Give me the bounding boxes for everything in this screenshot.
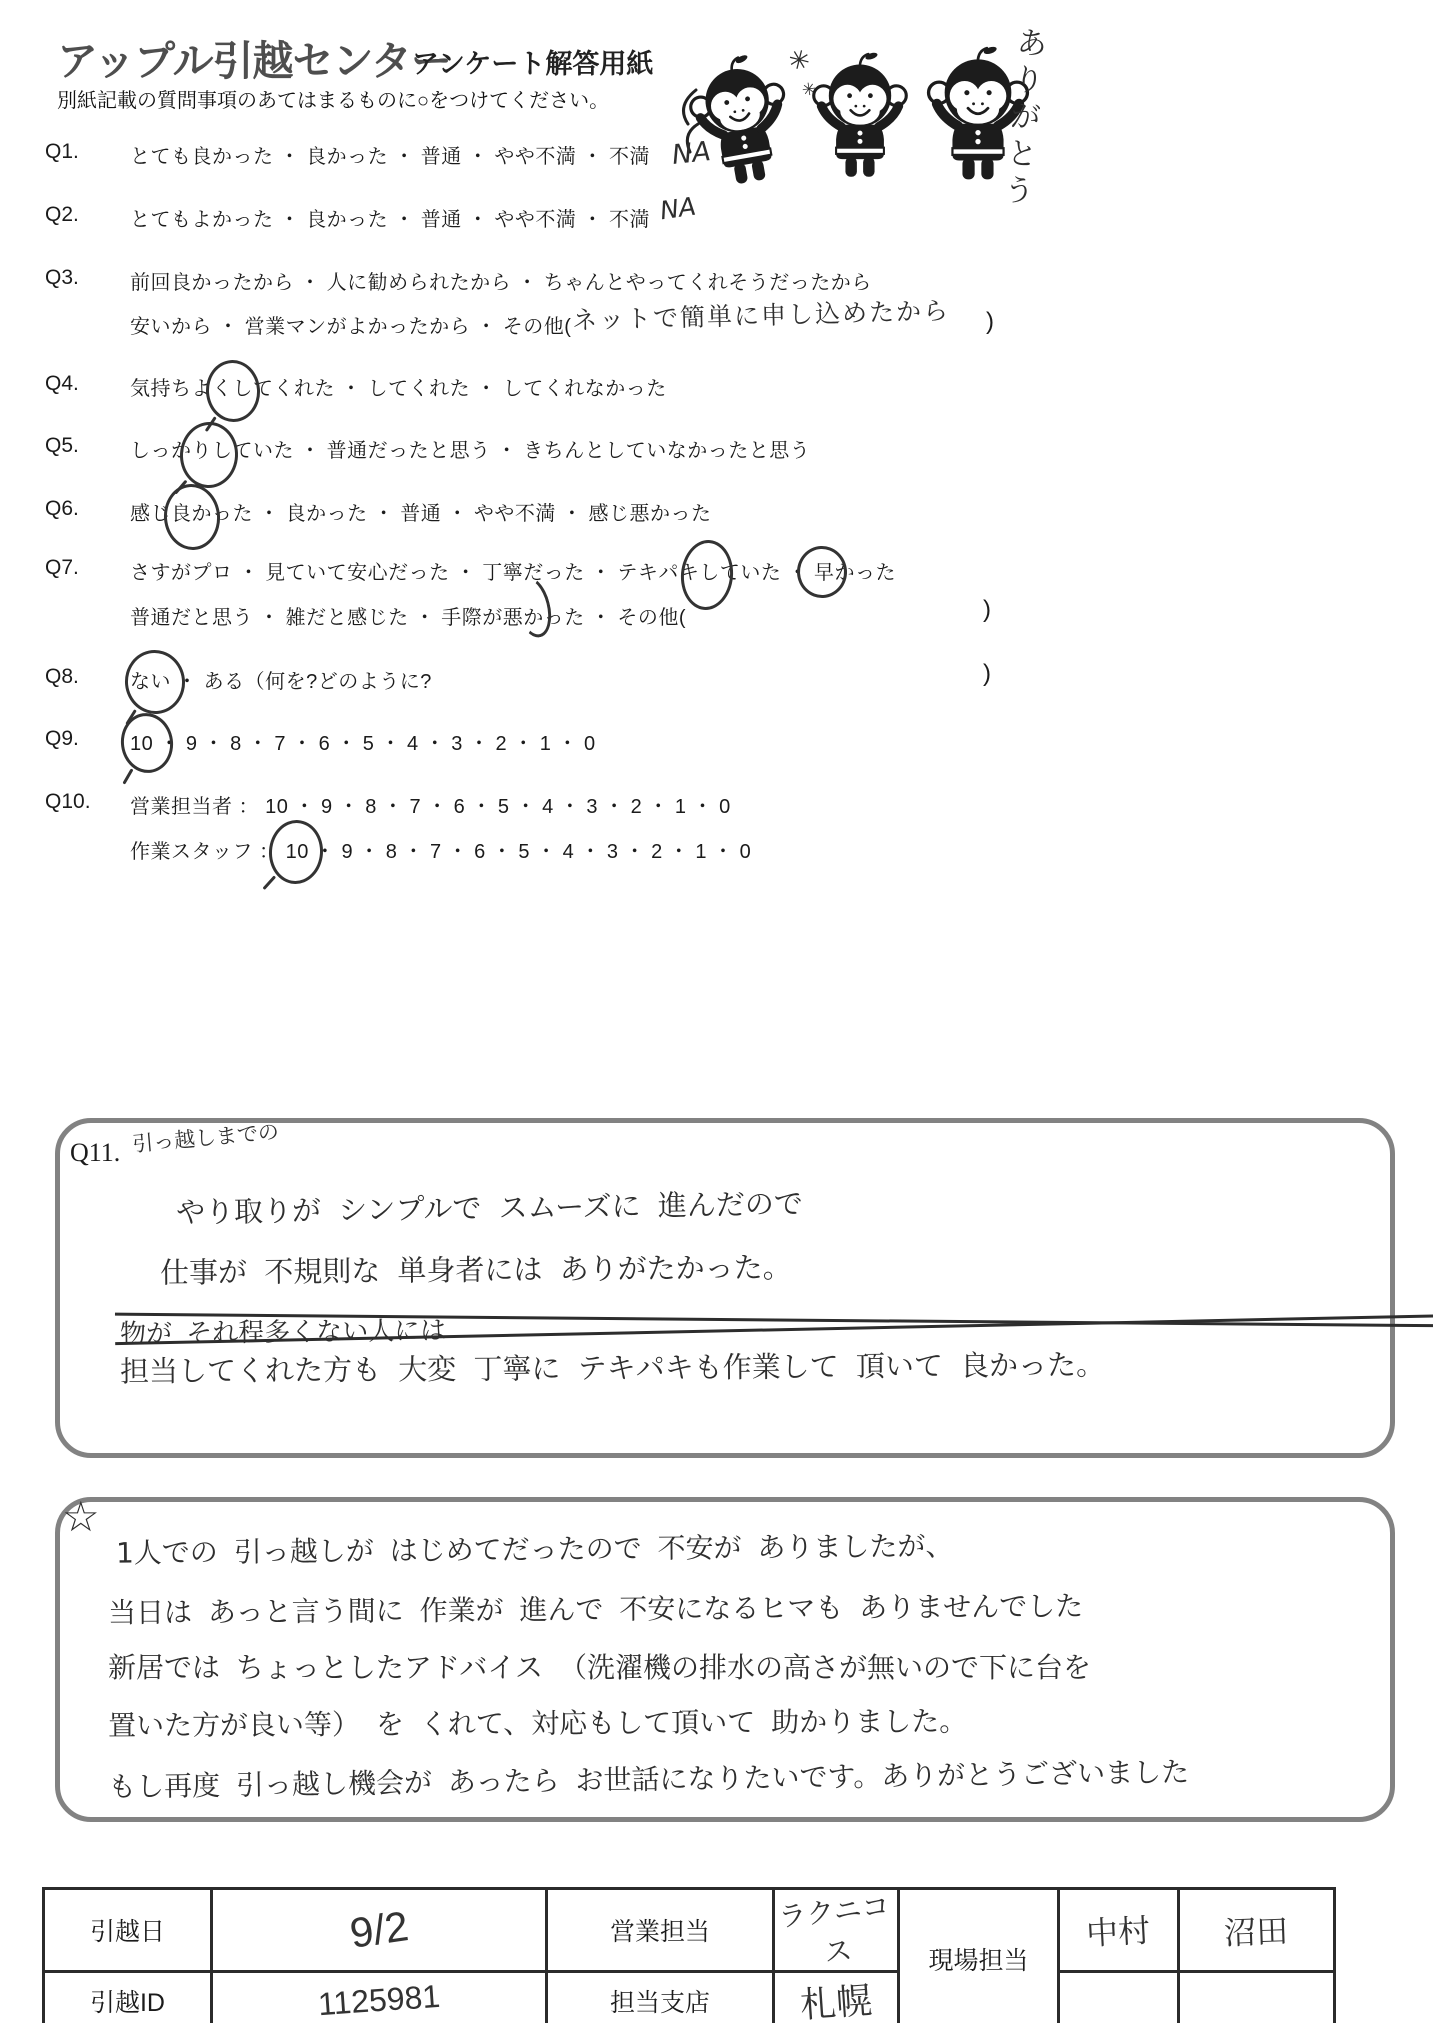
q9-label: Q9. [45, 727, 79, 751]
move-id-label: 引越ID [44, 1972, 212, 2023]
q5-label: Q5. [45, 434, 79, 458]
q4-label: Q4. [45, 372, 79, 396]
q7-circle-annotation-tekipaki [678, 538, 736, 612]
q3-label: Q3. [45, 266, 79, 290]
footer-info-table: 引越日 9/2 営業担当 ラクニコス 現場担当 中村 沼田 引越ID 11259… [42, 1887, 1336, 2023]
q7-options-line2: 普通だと思う ・ 雑だと感じた ・ 手際が悪かった ・ その他( [130, 601, 686, 630]
sales-label: 営業担当 [547, 1889, 774, 1972]
comment-line1: 1人での 引っ越しが はじめてだったので 不安が ありましたが、 [116, 1524, 954, 1571]
comment-line3: 新居では ちょっとしたアドバイス （洗濯機の排水の高さが無いので下に台を [108, 1646, 1091, 1686]
q10-label: Q10. [45, 790, 91, 814]
site-staff-label: 現場担当 [899, 1889, 1059, 2023]
branch-label: 担当支店 [547, 1972, 774, 2023]
q8-label: Q8. [45, 665, 79, 689]
form-title: アンケート解答用紙 [412, 42, 653, 81]
q10-circle-annotation [267, 818, 325, 886]
q1-label: Q1. [45, 140, 79, 164]
q3-options-line1: 前回良かったから ・ 人に勧められたから ・ ちゃんとやってくれそうだったから [130, 266, 872, 295]
q10-sales-scale: 営業担当者 ： 10 ・ 9 ・ 8 ・ 7 ・ 6 ・ 5 ・ 4 ・ 3 ・… [130, 790, 731, 819]
q5-circle-annotation [178, 421, 239, 490]
q9-options: 10 ・ 9 ・ 8 ・ 7 ・ 6 ・ 5 ・ 4 ・ 3 ・ 2 ・ 1 ・… [130, 727, 596, 756]
q6-circle-annotation [161, 482, 223, 553]
q2-handwritten-note: NA [658, 192, 698, 226]
move-date-value: 9/2 [212, 1889, 547, 1972]
brand-title: アップル引越センター [57, 28, 451, 87]
comment-line4: 置いた方が良い等） を くれて、対応もして頂いて 助かりました。 [108, 1700, 967, 1744]
q11-handwritten-line2: 仕事が 不規則な 単身者には ありがたかった。 [160, 1245, 792, 1292]
q4-circle-annotation [204, 358, 262, 424]
q7-label: Q7. [45, 556, 79, 580]
site-staff-2: 沼田 [1179, 1889, 1335, 1972]
q11-handwritten-line3: 担当してくれた方も 大変 丁寧に テキパキも作業して 頂いて 良かった。 [120, 1343, 1105, 1391]
move-date-label: 引越日 [44, 1889, 212, 1972]
q6-label: Q6. [45, 497, 79, 521]
q11-label: Q11. [70, 1138, 120, 1168]
site-staff-2-empty [1179, 1972, 1335, 2023]
star-icon: ☆ [62, 1492, 100, 1541]
q1-handwritten-note: NA [670, 136, 712, 171]
q7-circle-annotation-hayakatta [796, 545, 849, 600]
site-staff-1-empty [1059, 1972, 1179, 2023]
q11-handwritten-line1: やり取りが シンプルで スムーズに 進んだので [176, 1182, 803, 1232]
q2-label: Q2. [45, 203, 79, 227]
survey-sheet: アップル引越センター アンケート解答用紙 別紙記載の質問事項のあてはまるものに○… [0, 0, 1433, 2023]
instruction-text: 別紙記載の質問事項のあてはまるものに○をつけてください。 [57, 84, 609, 113]
move-id-value: 1125981 [212, 1972, 547, 2023]
q9-circle-annotation [117, 710, 177, 777]
q3-close-paren: ) [986, 308, 995, 336]
q3-options-line2: 安いから ・ 営業マンがよかったから ・ その他( [130, 310, 571, 339]
sales-value: ラクニコス [774, 1889, 899, 1972]
q7-close-paren: ) [983, 596, 992, 624]
branch-value: 札幌 [774, 1972, 899, 2023]
q3-handwritten-answer: ネットで簡単に申し込めたから [572, 291, 951, 337]
comment-line2: 当日は あっと言う間に 作業が 進んで 不安になるヒマも ありませんでした [108, 1585, 1083, 1632]
q7-options-line1: さすがプロ ・ 見ていて安心だった ・ 丁寧だった ・ テキパキしていた ・ 早… [130, 556, 896, 585]
q2-options: とてもよかった ・ 良かった ・ 普通 ・ やや不満 ・ 不満 [130, 203, 650, 232]
q8-circle-annotation [122, 647, 188, 717]
q1-options: とても良かった ・ 良かった ・ 普通 ・ やや不満 ・ 不満 [130, 140, 650, 169]
q10-staff-scale: 作業スタッフ ： 10 ・ 9 ・ 8 ・ 7 ・ 6 ・ 5 ・ 4 ・ 3 … [130, 835, 751, 864]
monkey-icon [808, 52, 912, 183]
site-staff-1: 中村 [1059, 1889, 1179, 1972]
q8-close-paren: ) [983, 660, 992, 688]
